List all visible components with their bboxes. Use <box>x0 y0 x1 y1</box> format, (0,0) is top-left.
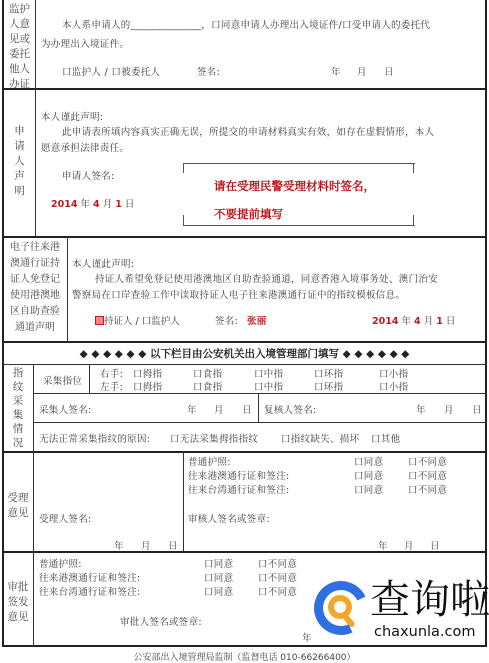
sign-notice-line1: 请在受理民警受理材料时签名， <box>214 178 375 194</box>
epermit-section-label: 电子往来港 澳通行证持 证人免登记 使用港澳地 区自助查验 通道声明 <box>3 240 67 336</box>
date-year-label: 年 <box>302 630 312 644</box>
label-line: 审批 <box>3 580 33 595</box>
approval-hkmo-label: 往来港澳通行证和签注: <box>39 570 141 584</box>
approval-passport-agree[interactable]: 口同意 <box>204 556 233 570</box>
epermit-statement-line1: 持证人希望免登记使用港澳地区自助查验通道，同意香港入境事务处、澳门治安 <box>95 271 438 285</box>
label-line: 声 <box>4 169 35 184</box>
label-line: 请 <box>4 139 35 154</box>
right-hand-label: 右手: <box>100 366 123 380</box>
reason-damaged-checkbox[interactable]: 口指纹缺失、损坏 <box>281 431 359 445</box>
label-line: 委托 <box>4 47 35 62</box>
left-little-checkbox[interactable]: 口小指 <box>379 379 408 393</box>
label-line: 申 <box>4 124 35 139</box>
applicant-statement-line1: 此申请表所填内容真实正确无误，所提交的申请材料真实有效，如存在虚假情形，本人 <box>62 124 434 138</box>
applicant-statement-line2: 愿意承担法律责任。 <box>41 140 129 154</box>
label-line: 电子往来港 <box>3 240 67 256</box>
right-little-checkbox[interactable]: 口小指 <box>379 366 408 380</box>
approval-hkmo-agree[interactable]: 口同意 <box>204 570 233 584</box>
approval-taiwan-agree[interactable]: 口同意 <box>204 584 233 598</box>
divider <box>67 236 68 341</box>
finger-position-label: 采集指位 <box>43 373 82 387</box>
official-use-banner: ◆ ◆ ◆ ◆ ◆ ◆ 以下栏目由公安机关出入境管理部门填写 ◆ ◆ ◆ ◆ ◆… <box>2 346 487 361</box>
acceptance-passport-agree[interactable]: 口同意 <box>354 454 383 468</box>
date-year-label: 年 <box>114 538 124 552</box>
left-index-checkbox[interactable]: 口食指 <box>193 379 222 393</box>
left-hand-label: 左手: <box>100 379 123 393</box>
watermark-brand: 查询啦 <box>370 578 489 622</box>
divider <box>35 88 36 236</box>
divider <box>33 422 487 423</box>
divider <box>2 88 487 90</box>
divider <box>258 393 259 422</box>
epermit-intro: 本人谨此声明: <box>72 256 134 270</box>
left-thumb-checkbox[interactable]: 口拇指 <box>133 379 162 393</box>
applicant-date: 2014 年 4 月 1 日 <box>51 196 134 210</box>
left-ring-checkbox[interactable]: 口环指 <box>314 379 343 393</box>
acceptor-sign-label: 受理人签名: <box>39 511 92 525</box>
date-day-label: 日 <box>430 538 440 552</box>
notice-box-left-top <box>183 163 184 173</box>
approval-passport-label: 普通护照: <box>39 556 82 570</box>
date-year-label: 年 <box>331 64 341 78</box>
epermit-sign-value: 张丽 <box>247 313 267 327</box>
date-day-label: 日 <box>472 402 482 416</box>
label-line: 证人免登记 <box>3 272 67 288</box>
label-line: 情 <box>3 422 33 436</box>
date-year-label: 年 <box>80 199 90 210</box>
holder-option-label: 持证人 <box>104 316 133 327</box>
label-line: 澳通行证持 <box>3 256 67 272</box>
date-month-value: 4 <box>93 199 100 210</box>
notice-box-right-bottom <box>413 215 414 225</box>
right-index-checkbox[interactable]: 口食指 <box>193 366 222 380</box>
approver-sign-label: 审批人签名或签章: <box>120 614 202 628</box>
epermit-sign-label: 签名: <box>215 313 238 327</box>
acceptance-hkmo-agree[interactable]: 口同意 <box>354 468 383 482</box>
date-month-label: 月 <box>424 316 434 327</box>
label-line: 通道声明 <box>3 320 67 336</box>
collector-sign-label: 采集人签名: <box>39 402 92 416</box>
label-line: 明 <box>4 184 35 199</box>
guardian-role-checkboxes[interactable]: 口监护人 / 口被委托人 <box>62 64 160 78</box>
label-line: 况 <box>3 436 33 450</box>
label-line: 人 <box>4 154 35 169</box>
divider <box>2 451 487 453</box>
epermit-statement-line2: 警察局在口岸查验工作中读取持证人电子往来港澳通行证中的指纹模板信息。 <box>72 287 405 301</box>
date-month-label: 月 <box>214 402 224 416</box>
label-line: 指 <box>3 366 33 380</box>
chaxunla-logo-icon <box>314 581 368 635</box>
divider <box>33 364 34 451</box>
label-line: 纹 <box>3 380 33 394</box>
date-month-label: 月 <box>103 199 113 210</box>
label-line: 监护 <box>4 2 35 17</box>
date-year-label: 年 <box>401 316 411 327</box>
divider <box>183 451 184 551</box>
approval-taiwan-disagree[interactable]: 口不同意 <box>258 584 297 598</box>
approval-section-label: 审批 签发 意见 <box>3 580 33 625</box>
approval-taiwan-label: 往来台湾通行证和签注: <box>39 584 141 598</box>
divider <box>2 341 487 343</box>
guardian-relationship-line[interactable]: 本人系申请人的______________，口同意申请人办理出入境证件/口受申请… <box>62 17 430 31</box>
divider <box>89 364 90 393</box>
divider <box>35 0 36 88</box>
approval-passport-disagree[interactable]: 口不同意 <box>258 556 297 570</box>
acceptance-taiwan-label: 往来台湾通行证和签注: <box>188 482 290 496</box>
date-day-label: 日 <box>384 64 394 78</box>
date-year-value: 2014 <box>51 199 77 210</box>
reviewer-sign-label: 复核人签名: <box>264 402 317 416</box>
label-line: 意见 <box>3 610 33 625</box>
acceptance-taiwan-agree[interactable]: 口同意 <box>354 482 383 496</box>
label-line: 意见 <box>3 506 33 521</box>
divider <box>33 551 34 647</box>
right-ring-checkbox[interactable]: 口环指 <box>314 366 343 380</box>
date-month-label: 月 <box>141 538 151 552</box>
sign-notice-line2: 不要提前填写 <box>214 206 283 222</box>
guardian-section-label: 监护 人意 见或 委托 他人 办证 <box>4 2 35 92</box>
holder-checkbox-checked[interactable] <box>95 316 104 325</box>
right-middle-checkbox[interactable]: 口中指 <box>254 366 283 380</box>
acceptance-passport-label: 普通护照: <box>188 454 231 468</box>
approval-hkmo-disagree[interactable]: 口不同意 <box>258 570 297 584</box>
acceptance-taiwan-disagree[interactable]: 口不同意 <box>408 482 447 496</box>
left-middle-checkbox[interactable]: 口中指 <box>254 379 283 393</box>
notice-box-right-top <box>413 163 414 173</box>
date-month-label: 月 <box>444 402 454 416</box>
date-day-value: 1 <box>115 199 122 210</box>
label-line: 签发 <box>3 595 33 610</box>
acceptance-section-label: 受理 意见 <box>3 491 33 521</box>
divider <box>33 393 487 394</box>
date-day-label: 日 <box>168 538 178 552</box>
guardian-sign-label: 签名: <box>197 64 220 78</box>
label-line: 他人 <box>4 62 35 77</box>
epermit-date: 2014 年 4 月 1 日 <box>372 313 455 327</box>
label-line: 区自助查验 <box>3 304 67 320</box>
date-day-label: 日 <box>125 199 135 210</box>
acceptance-passport-disagree[interactable]: 口不同意 <box>408 454 447 468</box>
fingerprint-section-label: 指 纹 采 集 情 况 <box>3 366 33 450</box>
guardian-option[interactable]: 口监护人 <box>142 316 180 327</box>
divider <box>2 364 487 365</box>
label-line: 人意 <box>4 17 35 32</box>
acceptance-hkmo-label: 往来港澳通行证和签注: <box>188 468 290 482</box>
label-line: 受理 <box>3 491 33 506</box>
date-year-label: 年 <box>378 538 388 552</box>
right-thumb-checkbox[interactable]: 口拇指 <box>133 366 162 380</box>
watermark-domain: chaxunla.com <box>374 624 476 640</box>
date-year-label: 年 <box>416 402 426 416</box>
failure-reason-label: 无法正常采集指纹的原因: <box>39 431 150 445</box>
date-year-label: 年 <box>187 402 197 416</box>
reason-other-checkbox[interactable]: 口其他 <box>371 431 400 445</box>
notice-box-bottom <box>183 225 415 226</box>
notice-box-top <box>183 163 415 164</box>
date-month-label: 月 <box>404 538 414 552</box>
label-line: 使用港澳地 <box>3 288 67 304</box>
applicant-sign-label: 申请人签名: <box>62 168 115 182</box>
epermit-role-options[interactable]: 持证人 / 口监护人 <box>95 313 180 327</box>
divider <box>33 451 34 551</box>
notice-box-left-bottom <box>183 215 184 225</box>
guardian-line2: 为办理出入境证件。 <box>41 36 129 50</box>
label-line: 采 <box>3 394 33 408</box>
date-month-value: 4 <box>414 316 421 327</box>
date-day-label: 日 <box>242 402 252 416</box>
applicant-intro: 本人谨此声明: <box>41 109 103 123</box>
date-month-label: 月 <box>357 64 367 78</box>
date-day-label: 日 <box>446 316 456 327</box>
footer-supervision-note: 公安部出入境管理局监制（监督电话 010-66266400） <box>0 650 489 663</box>
label-line: 集 <box>3 408 33 422</box>
date-year-value: 2014 <box>372 316 398 327</box>
acceptance-hkmo-disagree[interactable]: 口不同意 <box>408 468 447 482</box>
date-day-value: 1 <box>436 316 443 327</box>
divider <box>2 236 487 238</box>
applicant-section-label: 申 请 人 声 明 <box>4 124 35 199</box>
reason-no-thumb-checkbox[interactable]: 口无法采集拇指指纹 <box>170 431 258 445</box>
separator: / <box>133 316 142 327</box>
reviewer-sign-label: 审核人签名或签章: <box>188 511 270 525</box>
label-line: 见或 <box>4 32 35 47</box>
divider <box>2 551 487 553</box>
